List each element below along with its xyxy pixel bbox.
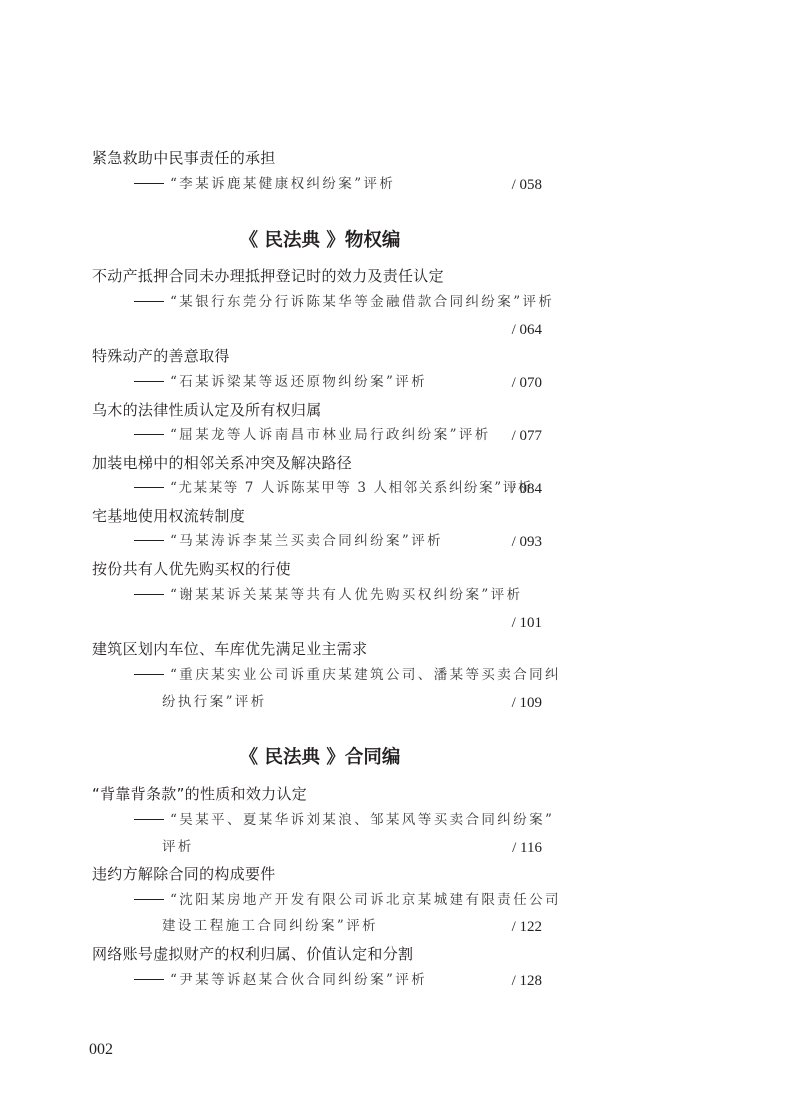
em-dash <box>134 540 164 541</box>
toc-entry-subtitle-cont: 建设工程施工合同纠纷案”评析 <box>162 920 378 934</box>
em-dash <box>134 979 164 980</box>
toc-entry-page: / 109 <box>512 696 542 711</box>
toc-entry-subtitle: “屈某龙等人诉南昌市林业局行政纠纷案”评析 <box>134 429 491 443</box>
em-dash <box>134 381 164 382</box>
toc-entry-page: / 093 <box>512 535 542 550</box>
toc-entry-page: / 116 <box>512 841 542 856</box>
em-dash <box>134 434 164 435</box>
toc-entry-subtitle: “石某诉梁某等返还原物纠纷案”评析 <box>134 376 427 390</box>
toc-entry-page: / 064 <box>512 323 542 338</box>
toc-entry-subtitle: “李某诉鹿某健康权纠纷案”评析 <box>134 178 395 192</box>
toc-entry-title: 网络账号虚拟财产的权利归属、价值认定和分割 <box>92 947 413 962</box>
toc-entry-title: 违约方解除合同的构成要件 <box>92 867 276 882</box>
toc-entry-subtitle: “尤某某等 7 人诉陈某甲等 3 人相邻关系纠纷案”评析 <box>134 482 533 496</box>
toc-entry-page: / 070 <box>512 376 542 391</box>
em-dash <box>134 899 164 900</box>
toc-entry-title: 加装电梯中的相邻关系冲突及解决路径 <box>92 456 352 471</box>
toc-entry-page: / 101 <box>512 616 542 631</box>
em-dash <box>134 594 164 595</box>
em-dash <box>134 674 164 675</box>
em-dash <box>134 487 164 488</box>
toc-entry-title: “背靠背条款”的性质和效力认定 <box>92 787 307 802</box>
toc-entry-subtitle: “吴某平、夏某华诉刘某浪、邹某风等买卖合同纠纷案” <box>134 814 554 828</box>
toc-entry-subtitle: “马某涛诉李某兰买卖合同纠纷案”评析 <box>134 535 443 549</box>
toc-entry-page: / 122 <box>512 920 542 935</box>
em-dash <box>134 301 164 302</box>
toc-entry-title: 建筑区划内车位、车库优先满足业主需求 <box>92 642 367 657</box>
toc-entry-subtitle-cont: 评析 <box>162 841 194 855</box>
toc-entry-title: 乌木的法律性质认定及所有权归属 <box>92 403 322 418</box>
section-heading: 《 民法典 》物权编 <box>0 232 640 251</box>
page-number: 002 <box>89 1041 113 1059</box>
section-heading: 《 民法典 》合同编 <box>0 749 640 768</box>
toc-entry-subtitle: “某银行东莞分行诉陈某华等金融借款合同纠纷案”评析 <box>134 296 554 310</box>
toc-entry-subtitle: “沈阳某房地产开发有限公司诉北京某城建有限责任公司 <box>134 894 561 908</box>
toc-entry-title: 按份共有人优先购买权的行使 <box>92 562 291 577</box>
toc-entry-title: 特殊动产的善意取得 <box>92 349 230 364</box>
toc-entry-subtitle: “谢某某诉关某某等共有人优先购买权纠纷案”评析 <box>134 589 523 603</box>
toc-entry-title: 紧急救助中民事责任的承担 <box>92 151 276 166</box>
em-dash <box>134 183 164 184</box>
toc-entry-title: 不动产抵押合同未办理抵押登记时的效力及责任认定 <box>92 269 444 284</box>
em-dash <box>134 819 164 820</box>
toc-entry-title: 宅基地使用权流转制度 <box>92 509 245 524</box>
toc-entry-page: / 058 <box>512 178 542 193</box>
toc-entry-page: / 084 <box>512 482 542 497</box>
toc-page: 紧急救助中民事责任的承担 “李某诉鹿某健康权纠纷案”评析 / 058 《 民法典… <box>0 0 799 1114</box>
toc-entry-subtitle: “尹某等诉赵某合伙合同纠纷案”评析 <box>134 974 427 988</box>
toc-entry-page: / 128 <box>512 974 542 989</box>
toc-entry-page: / 077 <box>512 429 542 444</box>
toc-entry-subtitle: “重庆某实业公司诉重庆某建筑公司、潘某等买卖合同纠 <box>134 669 561 683</box>
toc-entry-subtitle-cont: 纷执行案”评析 <box>162 696 267 710</box>
